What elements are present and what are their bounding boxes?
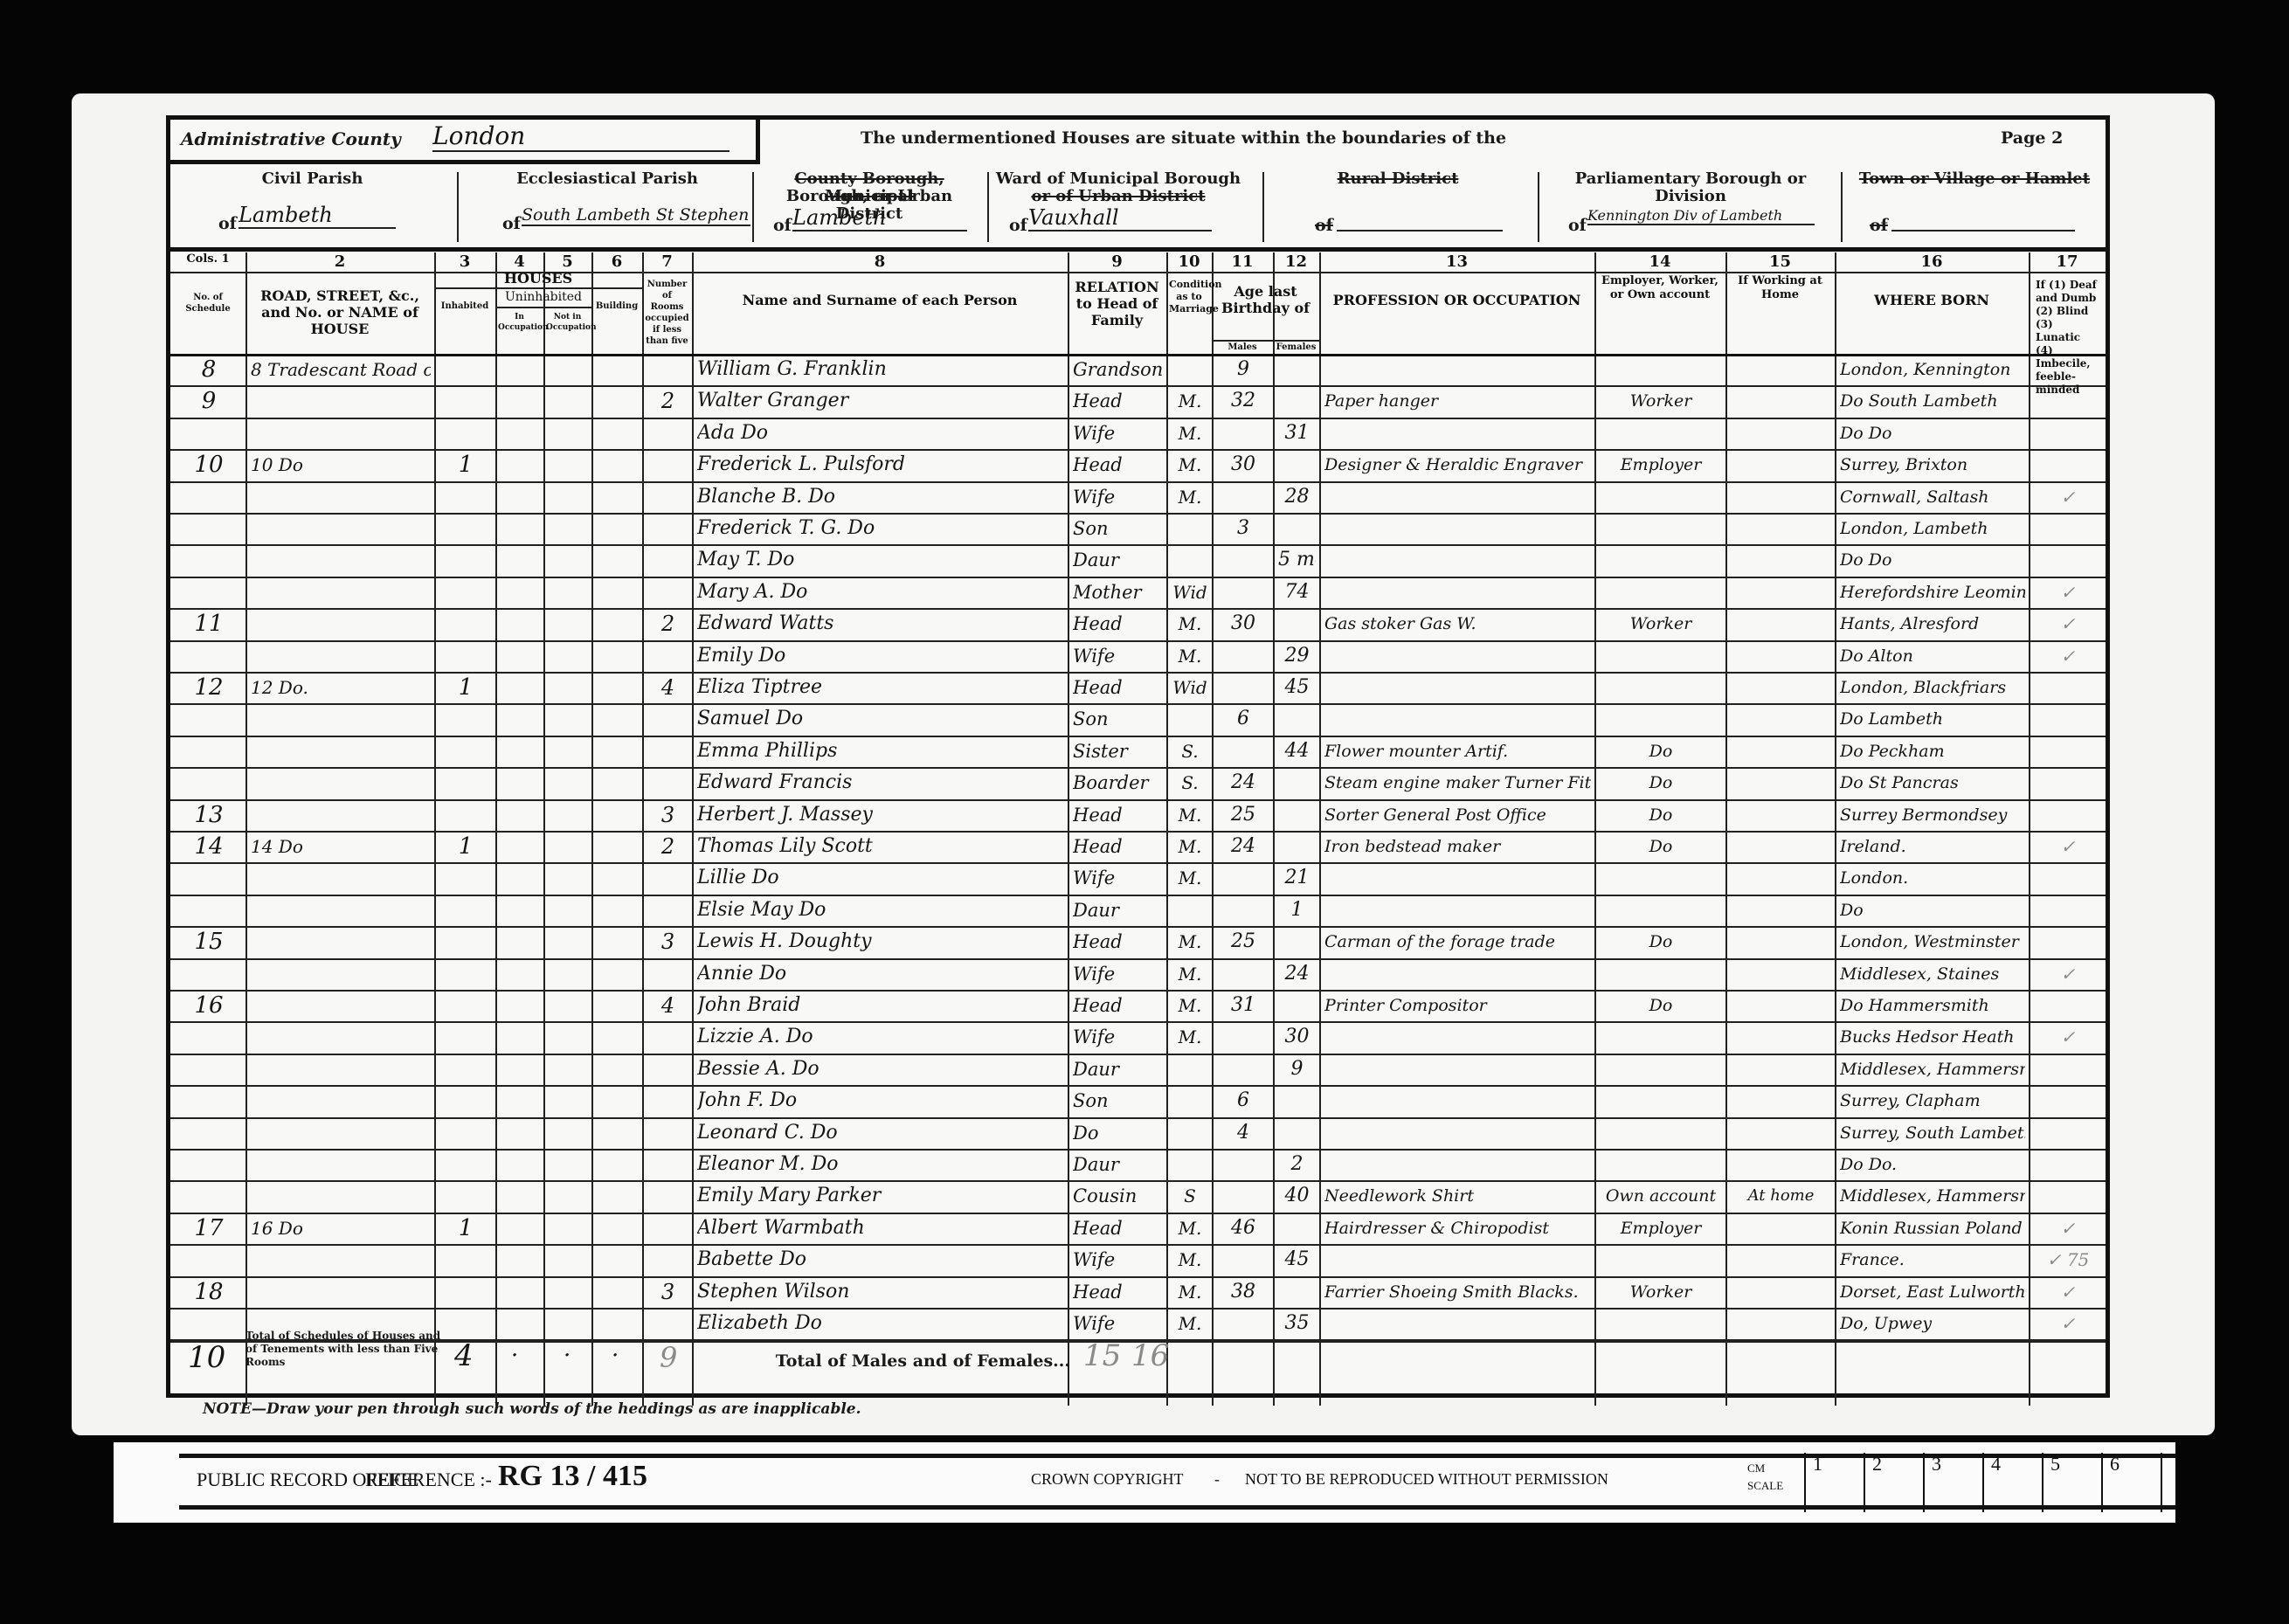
column-number: 16 bbox=[1835, 252, 2029, 271]
column-number: Cols. 1 bbox=[170, 252, 245, 266]
birthplace: Cornwall, Saltash bbox=[1840, 482, 2025, 512]
person-name: Samuel Do bbox=[697, 704, 1064, 734]
person-name: Ada Do bbox=[697, 418, 1064, 448]
occupation: Flower mounter Artif. bbox=[1324, 736, 1591, 766]
ward-value: Vauxhall bbox=[1028, 205, 1212, 232]
marital-condition: S. bbox=[1172, 768, 1208, 798]
rural-district-label-struck: Rural District bbox=[1267, 170, 1529, 188]
footer-copyright: CROWN COPYRIGHT bbox=[1031, 1470, 1184, 1489]
column-header: PROFESSION OR OCCUPATION bbox=[1322, 292, 1592, 308]
infirmity-mark: ✓ bbox=[2034, 1277, 2102, 1307]
form-note: NOTE—Draw your pen through such words of… bbox=[203, 1400, 861, 1418]
age-female: 31 bbox=[1278, 418, 1316, 448]
employment-status: Do bbox=[1600, 736, 1722, 766]
column-header: Building bbox=[594, 301, 640, 312]
employment-status: Do bbox=[1600, 991, 1722, 1020]
birthplace: Herefordshire Leominster bbox=[1840, 577, 2025, 607]
ward-label-struck: or of Urban District bbox=[992, 188, 1245, 205]
birthplace: Do Do bbox=[1840, 545, 2025, 575]
marital-condition: M. bbox=[1172, 1245, 1208, 1275]
employment-status: Do bbox=[1600, 800, 1722, 830]
town-village-label-struck: Town or Village or Hamlet bbox=[1843, 170, 2106, 188]
total-inhabited: 4 bbox=[454, 1341, 474, 1371]
footer-separator: - bbox=[1214, 1470, 1220, 1489]
employment-status: Own account bbox=[1600, 1181, 1722, 1211]
working-at-home: At home bbox=[1731, 1181, 1831, 1211]
parliamentary-borough-prefix: of bbox=[1568, 216, 1587, 235]
schedule-number: 15 bbox=[176, 927, 242, 957]
age-female: 24 bbox=[1278, 959, 1316, 989]
person-name: Eliza Tiptree bbox=[697, 673, 1064, 702]
age-female: 9 bbox=[1278, 1054, 1316, 1084]
column-header: Not in Occupation bbox=[546, 312, 589, 333]
relation: Sister bbox=[1073, 736, 1163, 766]
scale-mark: 4 bbox=[1982, 1453, 2042, 1512]
rural-district-value bbox=[1337, 205, 1503, 232]
column-header: Name and Surname of each Person bbox=[695, 292, 1065, 308]
person-name: Eleanor M. Do bbox=[697, 1150, 1064, 1179]
birthplace: London, Blackfriars bbox=[1840, 673, 2025, 702]
grid-line bbox=[1319, 252, 1321, 1406]
occupation: Iron bedstead maker bbox=[1324, 832, 1591, 861]
relation: Mother bbox=[1073, 577, 1163, 607]
grid-line bbox=[1273, 252, 1275, 1406]
relation: Head bbox=[1073, 609, 1163, 639]
person-name: Edward Francis bbox=[697, 768, 1064, 798]
birthplace: Do Do. bbox=[1840, 1150, 2025, 1179]
relation: Daur bbox=[1073, 1054, 1163, 1084]
birthplace: Surrey, Brixton bbox=[1840, 450, 2025, 480]
relation: Wife bbox=[1073, 863, 1163, 893]
birthplace: London, Westminster bbox=[1840, 927, 2025, 957]
relation: Daur bbox=[1073, 545, 1163, 575]
birthplace: Middlesex, Hammersmith bbox=[1840, 1181, 2025, 1211]
infirmity-mark: ✓ bbox=[2034, 482, 2102, 512]
marital-condition: M. bbox=[1172, 1309, 1208, 1338]
person-name: Stephen Wilson bbox=[697, 1277, 1064, 1307]
person-name: John Braid bbox=[697, 991, 1064, 1020]
total-rooms: 9 bbox=[660, 1343, 677, 1372]
civil-parish-value: Lambeth bbox=[239, 203, 396, 229]
parliamentary-borough-value: Kennington Div of Lambeth bbox=[1587, 207, 1815, 225]
grid-line bbox=[1166, 252, 1168, 1406]
employment-status: Worker bbox=[1600, 609, 1722, 639]
occupation: Printer Compositor bbox=[1324, 991, 1591, 1020]
town-village-prefix: of bbox=[1870, 216, 1888, 235]
relation: Head bbox=[1073, 832, 1163, 861]
relation: Cousin bbox=[1073, 1181, 1163, 1211]
schedule-number: 11 bbox=[176, 609, 242, 639]
age-male: 32 bbox=[1217, 386, 1269, 416]
person-name: Emma Phillips bbox=[697, 736, 1064, 766]
rooms-count: 3 bbox=[647, 800, 688, 830]
relation: Son bbox=[1073, 1086, 1163, 1116]
ecclesiastical-parish-label: Ecclesiastical Parish bbox=[459, 170, 756, 188]
age-male: 4 bbox=[1217, 1118, 1269, 1148]
column-number: 13 bbox=[1319, 252, 1594, 271]
person-name: Lizzie A. Do bbox=[697, 1022, 1064, 1052]
total-males: 15 bbox=[1083, 1341, 1121, 1371]
occupation: Needlework Shirt bbox=[1324, 1181, 1591, 1211]
relation: Wife bbox=[1073, 1245, 1163, 1275]
grid-line bbox=[692, 252, 694, 1406]
column-number: 8 bbox=[692, 252, 1068, 271]
age-female: 2 bbox=[1278, 1150, 1316, 1179]
marital-condition: M. bbox=[1172, 959, 1208, 989]
grid-line bbox=[434, 287, 642, 289]
age-male: 3 bbox=[1217, 514, 1269, 543]
ward-label: Ward of Municipal Borough bbox=[992, 170, 1245, 188]
column-header: ROAD, STREET, &c., and No. or NAME of HO… bbox=[248, 287, 432, 337]
relation: Wife bbox=[1073, 641, 1163, 671]
column-number: 9 bbox=[1068, 252, 1166, 271]
birthplace: Do, Upwey bbox=[1840, 1309, 2025, 1338]
relation: Head bbox=[1073, 450, 1163, 480]
marital-condition: Wid bbox=[1172, 673, 1208, 702]
employment-status: Worker bbox=[1600, 386, 1722, 416]
person-name: Elsie May Do bbox=[697, 895, 1064, 925]
grid-line bbox=[642, 252, 644, 1406]
ecclesiastical-parish-prefix: of bbox=[502, 214, 521, 233]
schedule-number: 17 bbox=[176, 1213, 242, 1243]
grid-line bbox=[495, 252, 497, 1406]
age-male: 24 bbox=[1217, 832, 1269, 861]
administrative-county-label: Administrative County bbox=[181, 128, 401, 149]
infirmity-mark: ✓ bbox=[2034, 959, 2102, 989]
marital-condition: M. bbox=[1172, 450, 1208, 480]
relation: Wife bbox=[1073, 1022, 1163, 1052]
column-header: WHERE BORN bbox=[1837, 292, 2026, 308]
grid-line bbox=[2029, 252, 2030, 1406]
relation: Wife bbox=[1073, 1309, 1163, 1338]
age-female: 45 bbox=[1278, 673, 1316, 702]
birthplace: Middlesex, Staines bbox=[1840, 959, 2025, 989]
relation: Head bbox=[1073, 991, 1163, 1020]
age-male: 24 bbox=[1217, 768, 1269, 798]
column-number: 11 bbox=[1212, 252, 1273, 271]
marital-condition: M. bbox=[1172, 927, 1208, 957]
grid-line bbox=[1725, 252, 1727, 1406]
schedule-number: 8 bbox=[176, 355, 242, 384]
scale-mark: 2 bbox=[1864, 1453, 1923, 1512]
marital-condition: Wid bbox=[1172, 577, 1208, 607]
birthplace: Do Alton bbox=[1840, 641, 2025, 671]
age-female: 29 bbox=[1278, 641, 1316, 671]
age-male: 46 bbox=[1217, 1213, 1269, 1243]
age-male: 30 bbox=[1217, 450, 1269, 480]
rooms-count: 2 bbox=[647, 609, 688, 639]
total-persons-label: Total of Males and of Females... bbox=[716, 1351, 1070, 1371]
infirmity-mark: ✓ bbox=[2034, 832, 2102, 861]
grid-line bbox=[1835, 252, 1836, 1406]
schedule-number: 13 bbox=[176, 800, 242, 830]
inhabited-count: 1 bbox=[439, 1213, 492, 1243]
relation: Head bbox=[1073, 386, 1163, 416]
person-name: Lewis H. Doughty bbox=[697, 927, 1064, 957]
occupation: Gas stoker Gas W. bbox=[1324, 609, 1591, 639]
person-name: Lillie Do bbox=[697, 863, 1064, 893]
column-number: 5 bbox=[543, 252, 591, 271]
schedule-number: 14 bbox=[176, 832, 242, 861]
column-header: Age last Birthday of bbox=[1214, 283, 1317, 316]
relation: Son bbox=[1073, 704, 1163, 734]
marital-condition: M. bbox=[1172, 1277, 1208, 1307]
relation: Wife bbox=[1073, 418, 1163, 448]
column-number: 4 bbox=[495, 252, 543, 271]
birthplace: Do St Pancras bbox=[1840, 768, 2025, 798]
birthplace: Do Peckham bbox=[1840, 736, 2025, 766]
person-name: Emily Do bbox=[697, 641, 1064, 671]
birthplace: London, Lambeth bbox=[1840, 514, 2025, 543]
schedule-number: 9 bbox=[176, 386, 242, 416]
civil-parish-prefix: of bbox=[218, 214, 237, 233]
relation: Son bbox=[1073, 514, 1163, 543]
birthplace: France. bbox=[1840, 1245, 2025, 1275]
person-name: Leonard C. Do bbox=[697, 1118, 1064, 1148]
civil-parish-label: Civil Parish bbox=[170, 170, 454, 188]
archive-footer: PUBLIC RECORD OFFICE REFERENCE :- RG 13 … bbox=[114, 1442, 2175, 1523]
column-number: 15 bbox=[1725, 252, 1835, 271]
total-schedules-label: Total of Schedules of Houses and of Tene… bbox=[245, 1330, 442, 1369]
age-female: 28 bbox=[1278, 482, 1316, 512]
person-name: John F. Do bbox=[697, 1086, 1064, 1116]
age-female: 35 bbox=[1278, 1309, 1316, 1338]
birthplace: Dorset, East Lulworth bbox=[1840, 1277, 2025, 1307]
age-female: 74 bbox=[1278, 577, 1316, 607]
occupation: Hairdresser & Chiropodist bbox=[1324, 1213, 1591, 1243]
rural-district-prefix: of bbox=[1315, 216, 1333, 235]
infirmity-mark: ✓ 75 bbox=[2034, 1245, 2102, 1275]
relation: Head bbox=[1073, 1213, 1163, 1243]
infirmity-mark: ✓ bbox=[2034, 1213, 2102, 1243]
schedule-number: 16 bbox=[176, 991, 242, 1020]
grid-line bbox=[1594, 252, 1596, 1406]
schedule-number: 12 bbox=[176, 673, 242, 702]
age-male: 6 bbox=[1217, 1086, 1269, 1116]
column-number: 2 bbox=[245, 252, 434, 271]
grid-line bbox=[591, 252, 593, 1406]
person-name: Thomas Lily Scott bbox=[697, 832, 1064, 861]
column-number: 17 bbox=[2029, 252, 2106, 271]
marital-condition: M. bbox=[1172, 482, 1208, 512]
infirmity-mark: ✓ bbox=[2034, 577, 2102, 607]
age-male: 38 bbox=[1217, 1277, 1269, 1307]
column-number: 10 bbox=[1166, 252, 1212, 271]
marital-condition: M. bbox=[1172, 800, 1208, 830]
marital-condition: S. bbox=[1172, 736, 1208, 766]
total-schedules: 10 bbox=[188, 1343, 225, 1372]
birthplace: Surrey Bermondsey bbox=[1840, 800, 2025, 830]
relation: Daur bbox=[1073, 1150, 1163, 1179]
birthplace: Middlesex, Hammersmith bbox=[1840, 1054, 2025, 1084]
scale-mark: 3 bbox=[1923, 1453, 1982, 1512]
employment-status: Do bbox=[1600, 832, 1722, 861]
person-name: Bessie A. Do bbox=[697, 1054, 1064, 1084]
footer-reference-label: REFERENCE :- bbox=[365, 1469, 492, 1491]
occupation: Carman of the forage trade bbox=[1324, 927, 1591, 957]
age-female: 30 bbox=[1278, 1022, 1316, 1052]
person-name: Albert Warmbath bbox=[697, 1213, 1064, 1243]
rooms-count: 2 bbox=[647, 832, 688, 861]
birthplace: Hants, Alresford bbox=[1840, 609, 2025, 639]
grid-line bbox=[1068, 252, 1069, 1406]
marital-condition: M. bbox=[1172, 609, 1208, 639]
person-name: May T. Do bbox=[697, 545, 1064, 575]
person-name: Blanche B. Do bbox=[697, 482, 1064, 512]
birthplace: Surrey, Clapham bbox=[1840, 1086, 2025, 1116]
infirmity-mark: ✓ bbox=[2034, 641, 2102, 671]
schedule-number: 18 bbox=[176, 1277, 242, 1307]
age-male: 31 bbox=[1217, 991, 1269, 1020]
footer-scale-label: CM SCALE bbox=[1747, 1460, 1782, 1495]
footer-permission: NOT TO BE REPRODUCED WITHOUT PERMISSION bbox=[1245, 1470, 1608, 1489]
relation: Head bbox=[1073, 673, 1163, 702]
column-header-houses: HOUSES bbox=[434, 272, 642, 285]
column-number: 7 bbox=[642, 252, 692, 271]
scale-mark: 1 bbox=[1804, 1453, 1864, 1512]
marital-condition: M. bbox=[1172, 1213, 1208, 1243]
relation: Head bbox=[1073, 1277, 1163, 1307]
birthplace: Surrey, South Lambeth bbox=[1840, 1118, 2025, 1148]
marital-condition: M. bbox=[1172, 1022, 1208, 1052]
relation: Grandson bbox=[1073, 355, 1163, 384]
occupation: Designer & Heraldic Engraver bbox=[1324, 450, 1591, 480]
birthplace: Bucks Hedsor Heath bbox=[1840, 1022, 2025, 1052]
birthplace: Do Lambeth bbox=[1840, 704, 2025, 734]
total-in-occupation: · bbox=[511, 1341, 518, 1371]
person-name: Walter Granger bbox=[697, 386, 1064, 416]
total-females: 16 bbox=[1131, 1341, 1169, 1371]
relation: Head bbox=[1073, 927, 1163, 957]
birthplace: Do Do bbox=[1840, 418, 2025, 448]
marital-condition: M. bbox=[1172, 991, 1208, 1020]
age-female: 45 bbox=[1278, 1245, 1316, 1275]
column-number: 14 bbox=[1594, 252, 1725, 271]
column-header-uninhabited: Uninhabited bbox=[495, 291, 591, 304]
ward-prefix: of bbox=[1009, 216, 1027, 235]
rooms-count: 3 bbox=[647, 1277, 688, 1307]
person-name: Frederick L. Pulsford bbox=[697, 450, 1064, 480]
occupation: Sorter General Post Office bbox=[1324, 800, 1591, 830]
person-name: Mary A. Do bbox=[697, 577, 1064, 607]
schedule-number: 10 bbox=[176, 450, 242, 480]
age-female: 5 mo bbox=[1278, 545, 1316, 575]
column-header: Number of Rooms occupied if less than fi… bbox=[645, 279, 689, 347]
county-borough-value: Lambeth bbox=[792, 205, 967, 232]
column-number: 3 bbox=[434, 252, 495, 271]
column-number: 12 bbox=[1273, 252, 1319, 271]
relation: Boarder bbox=[1073, 768, 1163, 798]
inhabited-count: 1 bbox=[439, 673, 492, 702]
rooms-count: 4 bbox=[647, 673, 688, 702]
age-male: 25 bbox=[1217, 927, 1269, 957]
infirmity-mark: ✓ bbox=[2034, 1309, 2102, 1338]
age-female: 1 bbox=[1278, 895, 1316, 925]
marital-condition: M. bbox=[1172, 418, 1208, 448]
person-name: Emily Mary Parker bbox=[697, 1181, 1064, 1211]
census-sheet: Administrative County London The underme… bbox=[166, 115, 2110, 1398]
grid-line bbox=[495, 307, 591, 308]
inhabited-count: 1 bbox=[439, 450, 492, 480]
town-village-value bbox=[1891, 207, 2075, 232]
infirmity-mark: ✓ bbox=[2034, 1022, 2102, 1052]
person-name: Babette Do bbox=[697, 1245, 1064, 1275]
employment-status: Employer bbox=[1600, 450, 1722, 480]
relation: Wife bbox=[1073, 959, 1163, 989]
column-header: RELATION to Head of Family bbox=[1070, 279, 1164, 328]
person-name: Annie Do bbox=[697, 959, 1064, 989]
age-female: 44 bbox=[1278, 736, 1316, 766]
person-name: William G. Franklin bbox=[697, 355, 1064, 384]
column-header-females: Females bbox=[1273, 341, 1319, 354]
administrative-county-value: London bbox=[432, 121, 730, 152]
marital-condition: M. bbox=[1172, 386, 1208, 416]
total-building: · bbox=[612, 1341, 619, 1371]
employment-status: Worker bbox=[1600, 1277, 1722, 1307]
person-name: Edward Watts bbox=[697, 609, 1064, 639]
parliamentary-borough-label: Parliamentary Borough or Division bbox=[1542, 170, 1839, 205]
birthplace: London. bbox=[1840, 863, 2025, 893]
column-header-males: Males bbox=[1212, 341, 1273, 354]
scale-mark: 6 bbox=[2101, 1453, 2161, 1512]
age-male: 25 bbox=[1217, 800, 1269, 830]
relation: Do bbox=[1073, 1118, 1163, 1148]
employment-status: Do bbox=[1600, 927, 1722, 957]
person-name: Herbert J. Massey bbox=[697, 800, 1064, 830]
birthplace: Do South Lambeth bbox=[1840, 386, 2025, 416]
marital-condition: M. bbox=[1172, 832, 1208, 861]
road-address: 16 Do bbox=[251, 1213, 431, 1243]
title-line: The undermentioned Houses are situate wi… bbox=[861, 128, 1506, 148]
road-address: 8 Tradescant Road cont. bbox=[251, 355, 431, 384]
birthplace: Do bbox=[1840, 895, 2025, 925]
county-borough-prefix: of bbox=[773, 216, 792, 235]
birthplace: London, Kennington bbox=[1840, 355, 2025, 384]
administrative-county-box: Administrative County London bbox=[170, 120, 760, 164]
person-name: Elizabeth Do bbox=[697, 1309, 1064, 1338]
road-address: 14 Do bbox=[251, 832, 431, 861]
relation: Wife bbox=[1073, 482, 1163, 512]
relation: Daur bbox=[1073, 895, 1163, 925]
employment-status: Employer bbox=[1600, 1213, 1722, 1243]
footer-reference: RG 13 / 415 bbox=[498, 1460, 647, 1493]
occupation: Paper hanger bbox=[1324, 386, 1591, 416]
marital-condition: S bbox=[1172, 1181, 1208, 1211]
column-header: No. of Schedule bbox=[173, 292, 243, 314]
age-male: 6 bbox=[1217, 704, 1269, 734]
total-not-in-occupation: · bbox=[564, 1341, 571, 1371]
infirmity-mark: ✓ bbox=[2034, 609, 2102, 639]
grid-line bbox=[245, 252, 247, 1406]
employment-status: Do bbox=[1600, 768, 1722, 798]
relation: Head bbox=[1073, 800, 1163, 830]
rooms-count: 4 bbox=[647, 991, 688, 1020]
scale-mark: 5 bbox=[2042, 1453, 2101, 1512]
age-female: 21 bbox=[1278, 863, 1316, 893]
age-male: 9 bbox=[1217, 355, 1269, 384]
grid-line bbox=[1212, 252, 1214, 1406]
road-address: 10 Do bbox=[251, 450, 431, 480]
age-male: 30 bbox=[1217, 609, 1269, 639]
column-header: In Occupation bbox=[498, 312, 541, 333]
ecclesiastical-parish-value: South Lambeth St Stephen bbox=[522, 205, 750, 226]
grid-line bbox=[434, 252, 436, 1406]
person-name: Frederick T. G. Do bbox=[697, 514, 1064, 543]
birthplace: Konin Russian Poland (Polish Subject) bbox=[1840, 1213, 2025, 1243]
marital-condition: M. bbox=[1172, 641, 1208, 671]
scale-end bbox=[2161, 1453, 2213, 1512]
grid-line bbox=[543, 252, 545, 1406]
